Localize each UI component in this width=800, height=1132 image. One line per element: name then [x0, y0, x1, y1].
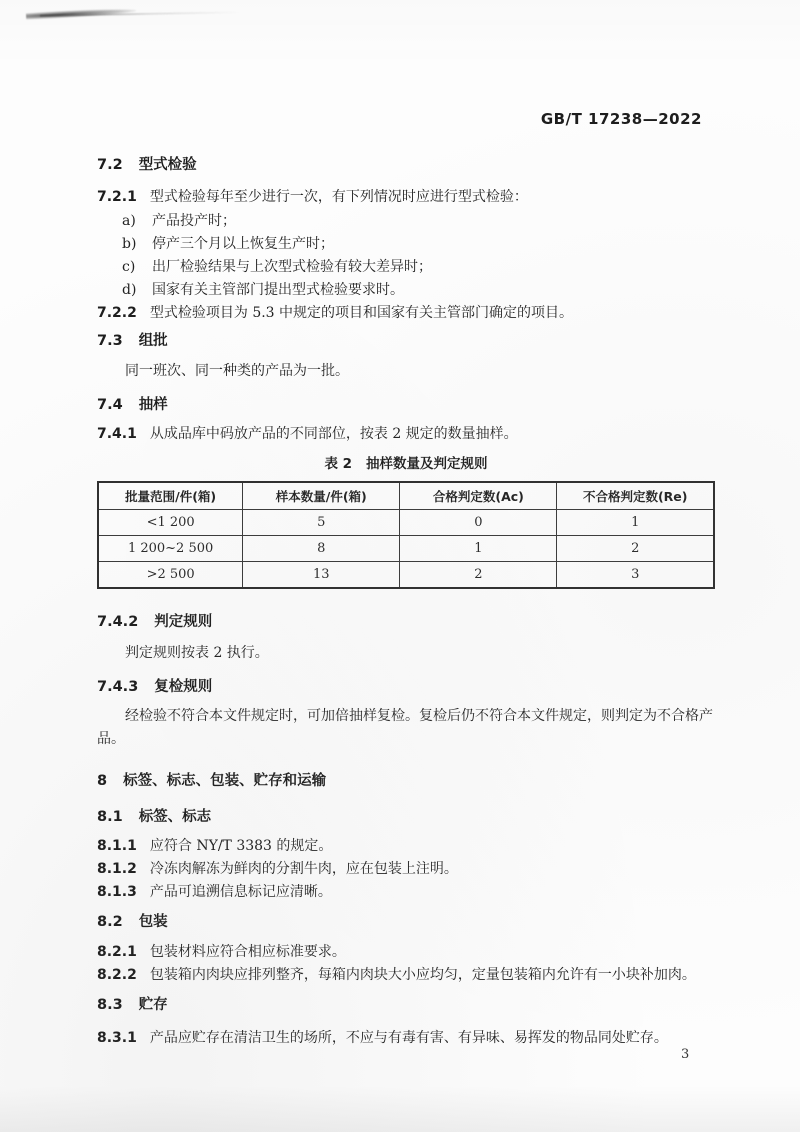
- table-cell: 2: [557, 536, 714, 562]
- table-cell: 13: [243, 562, 400, 589]
- list-item-d: d)国家有关主管部门提出型式检验要求时。: [97, 279, 740, 299]
- list-item-label: d): [122, 282, 152, 298]
- table-cell: 0: [400, 510, 557, 536]
- section-heading-7-4: 7.4抽样: [97, 393, 715, 414]
- table-row: <1 200 5 0 1: [98, 510, 714, 536]
- section-heading-7-4-2: 7.4.2判定规则: [97, 610, 715, 631]
- section-number: 7.4: [97, 397, 123, 413]
- section-number: 7.3: [97, 333, 123, 349]
- clause-number: 8.1.3: [97, 884, 137, 900]
- clause-text: 型式检验项目为 5.3 中规定的项目和国家有关主管部门确定的项目。: [150, 305, 573, 321]
- clause-number: 8.2.2: [97, 967, 137, 983]
- list-item-text: 出厂检验结果与上次型式检验有较大差异时；: [152, 259, 432, 275]
- scan-artifact-bottom-shadow: [0, 1086, 800, 1132]
- section-title: 判定规则: [154, 614, 212, 630]
- clause-8-1-1: 8.1.1应符合 NY/T 3383 的规定。: [97, 835, 715, 855]
- list-item-c: c)出厂检验结果与上次型式检验有较大差异时；: [97, 256, 740, 276]
- table-cell: 8: [243, 536, 400, 562]
- clause-8-1-3: 8.1.3产品可追溯信息标记应清晰。: [97, 881, 715, 901]
- clause-7-4-1: 7.4.1从成品库中码放产品的不同部位，按表 2 规定的数量抽样。: [97, 423, 715, 443]
- section-heading-8-2: 8.2包装: [97, 910, 715, 931]
- table-header-reject-number: 不合格判定数(Re): [557, 482, 714, 510]
- clause-text: 产品应贮存在清洁卫生的场所，不应与有毒有害、有异味、易挥发的物品同处贮存。: [150, 1030, 668, 1046]
- section-number: 8.2: [97, 914, 123, 930]
- clause-number: 7.2.1: [97, 189, 137, 205]
- section-number: 7.4.3: [97, 679, 138, 695]
- table-cell: 5: [243, 510, 400, 536]
- table-cell: 1 200~2 500: [98, 536, 243, 562]
- table-cell: 1: [400, 536, 557, 562]
- section-title: 贮存: [139, 997, 168, 1013]
- table-header-row: 批量范围/件(箱) 样本数量/件(箱) 合格判定数(Ac) 不合格判定数(Re): [98, 482, 714, 510]
- list-item-label: b): [122, 236, 152, 252]
- scanned-standard-page: GB/T 17238—2022 7.2型式检验 7.2.1型式检验每年至少进行一…: [0, 0, 800, 1132]
- clause-text: 型式检验每年至少进行一次，有下列情况时应进行型式检验：: [150, 189, 528, 205]
- table-row: 1 200~2 500 8 1 2: [98, 536, 714, 562]
- table-cell: <1 200: [98, 510, 243, 536]
- table-header-batch-range: 批量范围/件(箱): [98, 482, 243, 510]
- section-title: 组批: [139, 333, 168, 349]
- section-title: 包装: [139, 914, 168, 930]
- list-item-text: 产品投产时；: [152, 213, 236, 229]
- list-item-label: c): [122, 259, 152, 275]
- standard-number-header: GB/T 17238—2022: [541, 110, 702, 128]
- table-header-accept-number: 合格判定数(Ac): [400, 482, 557, 510]
- section-heading-7-2: 7.2型式检验: [97, 153, 715, 174]
- section-number: 8: [97, 773, 107, 789]
- table-cell: 3: [557, 562, 714, 589]
- section-heading-8-1: 8.1标签、标志: [97, 805, 715, 826]
- chapter-heading-8: 8标签、标志、包装、贮存和运输: [97, 769, 715, 790]
- list-item-text: 停产三个月以上恢复生产时；: [152, 236, 334, 252]
- clause-8-1-2: 8.1.2冷冻肉解冻为鲜肉的分割牛肉，应在包装上注明。: [97, 858, 715, 878]
- section-title: 标签、标志、包装、贮存和运输: [123, 773, 326, 789]
- section-heading-7-3: 7.3组批: [97, 329, 715, 350]
- clause-text: 从成品库中码放产品的不同部位，按表 2 规定的数量抽样。: [150, 426, 518, 442]
- clause-7-2-2: 7.2.2型式检验项目为 5.3 中规定的项目和国家有关主管部门确定的项目。: [97, 302, 715, 322]
- paragraph-7-3: 同一班次、同一种类的产品为一批。: [97, 360, 715, 383]
- list-item-a: a)产品投产时；: [97, 210, 740, 230]
- section-heading-8-3: 8.3贮存: [97, 993, 715, 1014]
- table-header-sample-size: 样本数量/件(箱): [243, 482, 400, 510]
- clause-text: 应符合 NY/T 3383 的规定。: [150, 838, 333, 854]
- paragraph-7-4-2: 判定规则按表 2 执行。: [97, 642, 715, 665]
- clause-text: 包装箱内肉块应排列整齐，每箱内肉块大小应均匀，定量包装箱内允许有一小块补加肉。: [150, 967, 696, 983]
- clause-number: 8.3.1: [97, 1030, 137, 1046]
- clause-number: 8.2.1: [97, 944, 137, 960]
- section-title: 型式检验: [139, 157, 197, 173]
- table-cell: >2 500: [98, 562, 243, 589]
- list-item-label: a): [122, 213, 152, 229]
- table-caption-label: 表 2: [324, 456, 352, 472]
- clause-text: 产品可追溯信息标记应清晰。: [150, 884, 332, 900]
- table-row: >2 500 13 2 3: [98, 562, 714, 589]
- table-2-caption: 表 2抽样数量及判定规则: [97, 452, 715, 472]
- list-item-b: b)停产三个月以上恢复生产时；: [97, 233, 740, 253]
- table-caption-title: 抽样数量及判定规则: [366, 456, 488, 472]
- table-2-sampling-rules: 批量范围/件(箱) 样本数量/件(箱) 合格判定数(Ac) 不合格判定数(Re)…: [97, 481, 715, 589]
- list-item-text: 国家有关主管部门提出型式检验要求时。: [152, 282, 404, 298]
- table-cell: 2: [400, 562, 557, 589]
- section-number: 7.2: [97, 157, 123, 173]
- section-number: 8.3: [97, 997, 123, 1013]
- clause-text: 包装材料应符合相应标准要求。: [150, 944, 346, 960]
- clause-number: 7.2.2: [97, 305, 137, 321]
- table-cell: 1: [557, 510, 714, 536]
- clause-8-3-1: 8.3.1产品应贮存在清洁卫生的场所，不应与有毒有害、有异味、易挥发的物品同处贮…: [97, 1027, 715, 1047]
- section-title: 复检规则: [154, 679, 212, 695]
- clause-text: 冷冻肉解冻为鲜肉的分割牛肉，应在包装上注明。: [150, 861, 458, 877]
- section-heading-7-4-3: 7.4.3复检规则: [97, 675, 715, 696]
- clause-number: 8.1.1: [97, 838, 137, 854]
- section-number: 8.1: [97, 809, 123, 825]
- clause-8-2-1: 8.2.1包装材料应符合相应标准要求。: [97, 941, 715, 961]
- clause-8-2-2: 8.2.2包装箱内肉块应排列整齐，每箱内肉块大小应均匀，定量包装箱内允许有一小块…: [97, 964, 715, 984]
- section-title: 抽样: [139, 397, 168, 413]
- clause-7-2-1: 7.2.1型式检验每年至少进行一次，有下列情况时应进行型式检验：: [97, 186, 715, 206]
- paragraph-7-4-3: 经检验不符合本文件规定时，可加倍抽样复检。复检后仍不符合本文件规定，则判定为不合…: [97, 705, 715, 751]
- section-title: 标签、标志: [139, 809, 212, 825]
- section-number: 7.4.2: [97, 614, 138, 630]
- clause-number: 8.1.2: [97, 861, 137, 877]
- clause-number: 7.4.1: [97, 426, 137, 442]
- page-number: 3: [681, 1047, 689, 1062]
